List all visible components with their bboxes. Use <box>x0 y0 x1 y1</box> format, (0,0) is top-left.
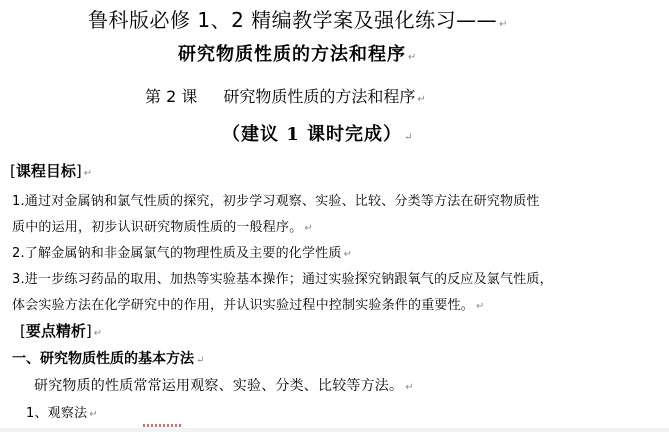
paragraph-mark-icon: ↵ <box>404 132 413 143</box>
paragraph-mark-icon: ↵ <box>196 355 204 366</box>
paragraph-mark-icon: ↵ <box>417 94 425 105</box>
objective-3-line2: 体会实验方法在化学研究中的作用，并认识实验过程中控制实验条件的重要性。↵ <box>12 294 485 313</box>
objectives-heading: [课程目标]↵ <box>10 160 92 181</box>
paragraph-mark-icon: ↵ <box>94 328 102 339</box>
key-points-heading: [要点精析]↵ <box>20 320 102 341</box>
objective-1-line2: 质中的运用，初步认识研究物质性质的一般程序。↵ <box>12 216 313 235</box>
paragraph-mark-icon: ↵ <box>499 19 508 30</box>
paragraph-mark-icon: ↵ <box>344 249 353 260</box>
objective-1-line1: 1.通过对金属钠和氯气性质的探究，初步学习观察、实验、比较、分类等方法在研究物质… <box>12 190 540 209</box>
lesson-number: 第 2 课 <box>145 87 197 106</box>
section-1-title: 一、研究物质性质的基本方法↵ <box>12 348 204 368</box>
document-title-line2: 研究物质性质的方法和程序↵ <box>178 40 417 66</box>
spellcheck-underline <box>143 424 183 427</box>
subsection-1-title: 1、观察法↵ <box>26 402 98 421</box>
paragraph-mark-icon: ↵ <box>304 223 313 234</box>
objective-3-line1: 3.进一步练习药品的取用、加热等实验基本操作；通过实验探究钠跟氧气的反应及氯气性… <box>12 268 553 287</box>
paragraph-mark-icon: ↵ <box>405 382 414 393</box>
lesson-heading: 第 2 课研究物质性质的方法和程序↵ <box>145 84 426 107</box>
page-bottom-edge <box>0 428 669 432</box>
paragraph-mark-icon: ↵ <box>408 52 417 63</box>
document-title-line1: 鲁科版必修 1、2 精编教学案及强化练习——↵ <box>88 4 508 33</box>
paragraph-mark-icon: ↵ <box>89 409 98 420</box>
lesson-title: 研究物质性质的方法和程序 <box>223 87 415 106</box>
time-suggestion: （建议 1 课时完成）↵ <box>222 120 413 146</box>
paragraph-mark-icon: ↵ <box>84 168 92 179</box>
objective-2: 2.了解金属钠和非金属氯气的物理性质及主要的化学性质↵ <box>12 242 352 261</box>
section-1-intro: 研究物质的性质常常运用观察、实验、分类、比较等方法。↵ <box>34 375 414 395</box>
paragraph-mark-icon: ↵ <box>476 301 485 312</box>
